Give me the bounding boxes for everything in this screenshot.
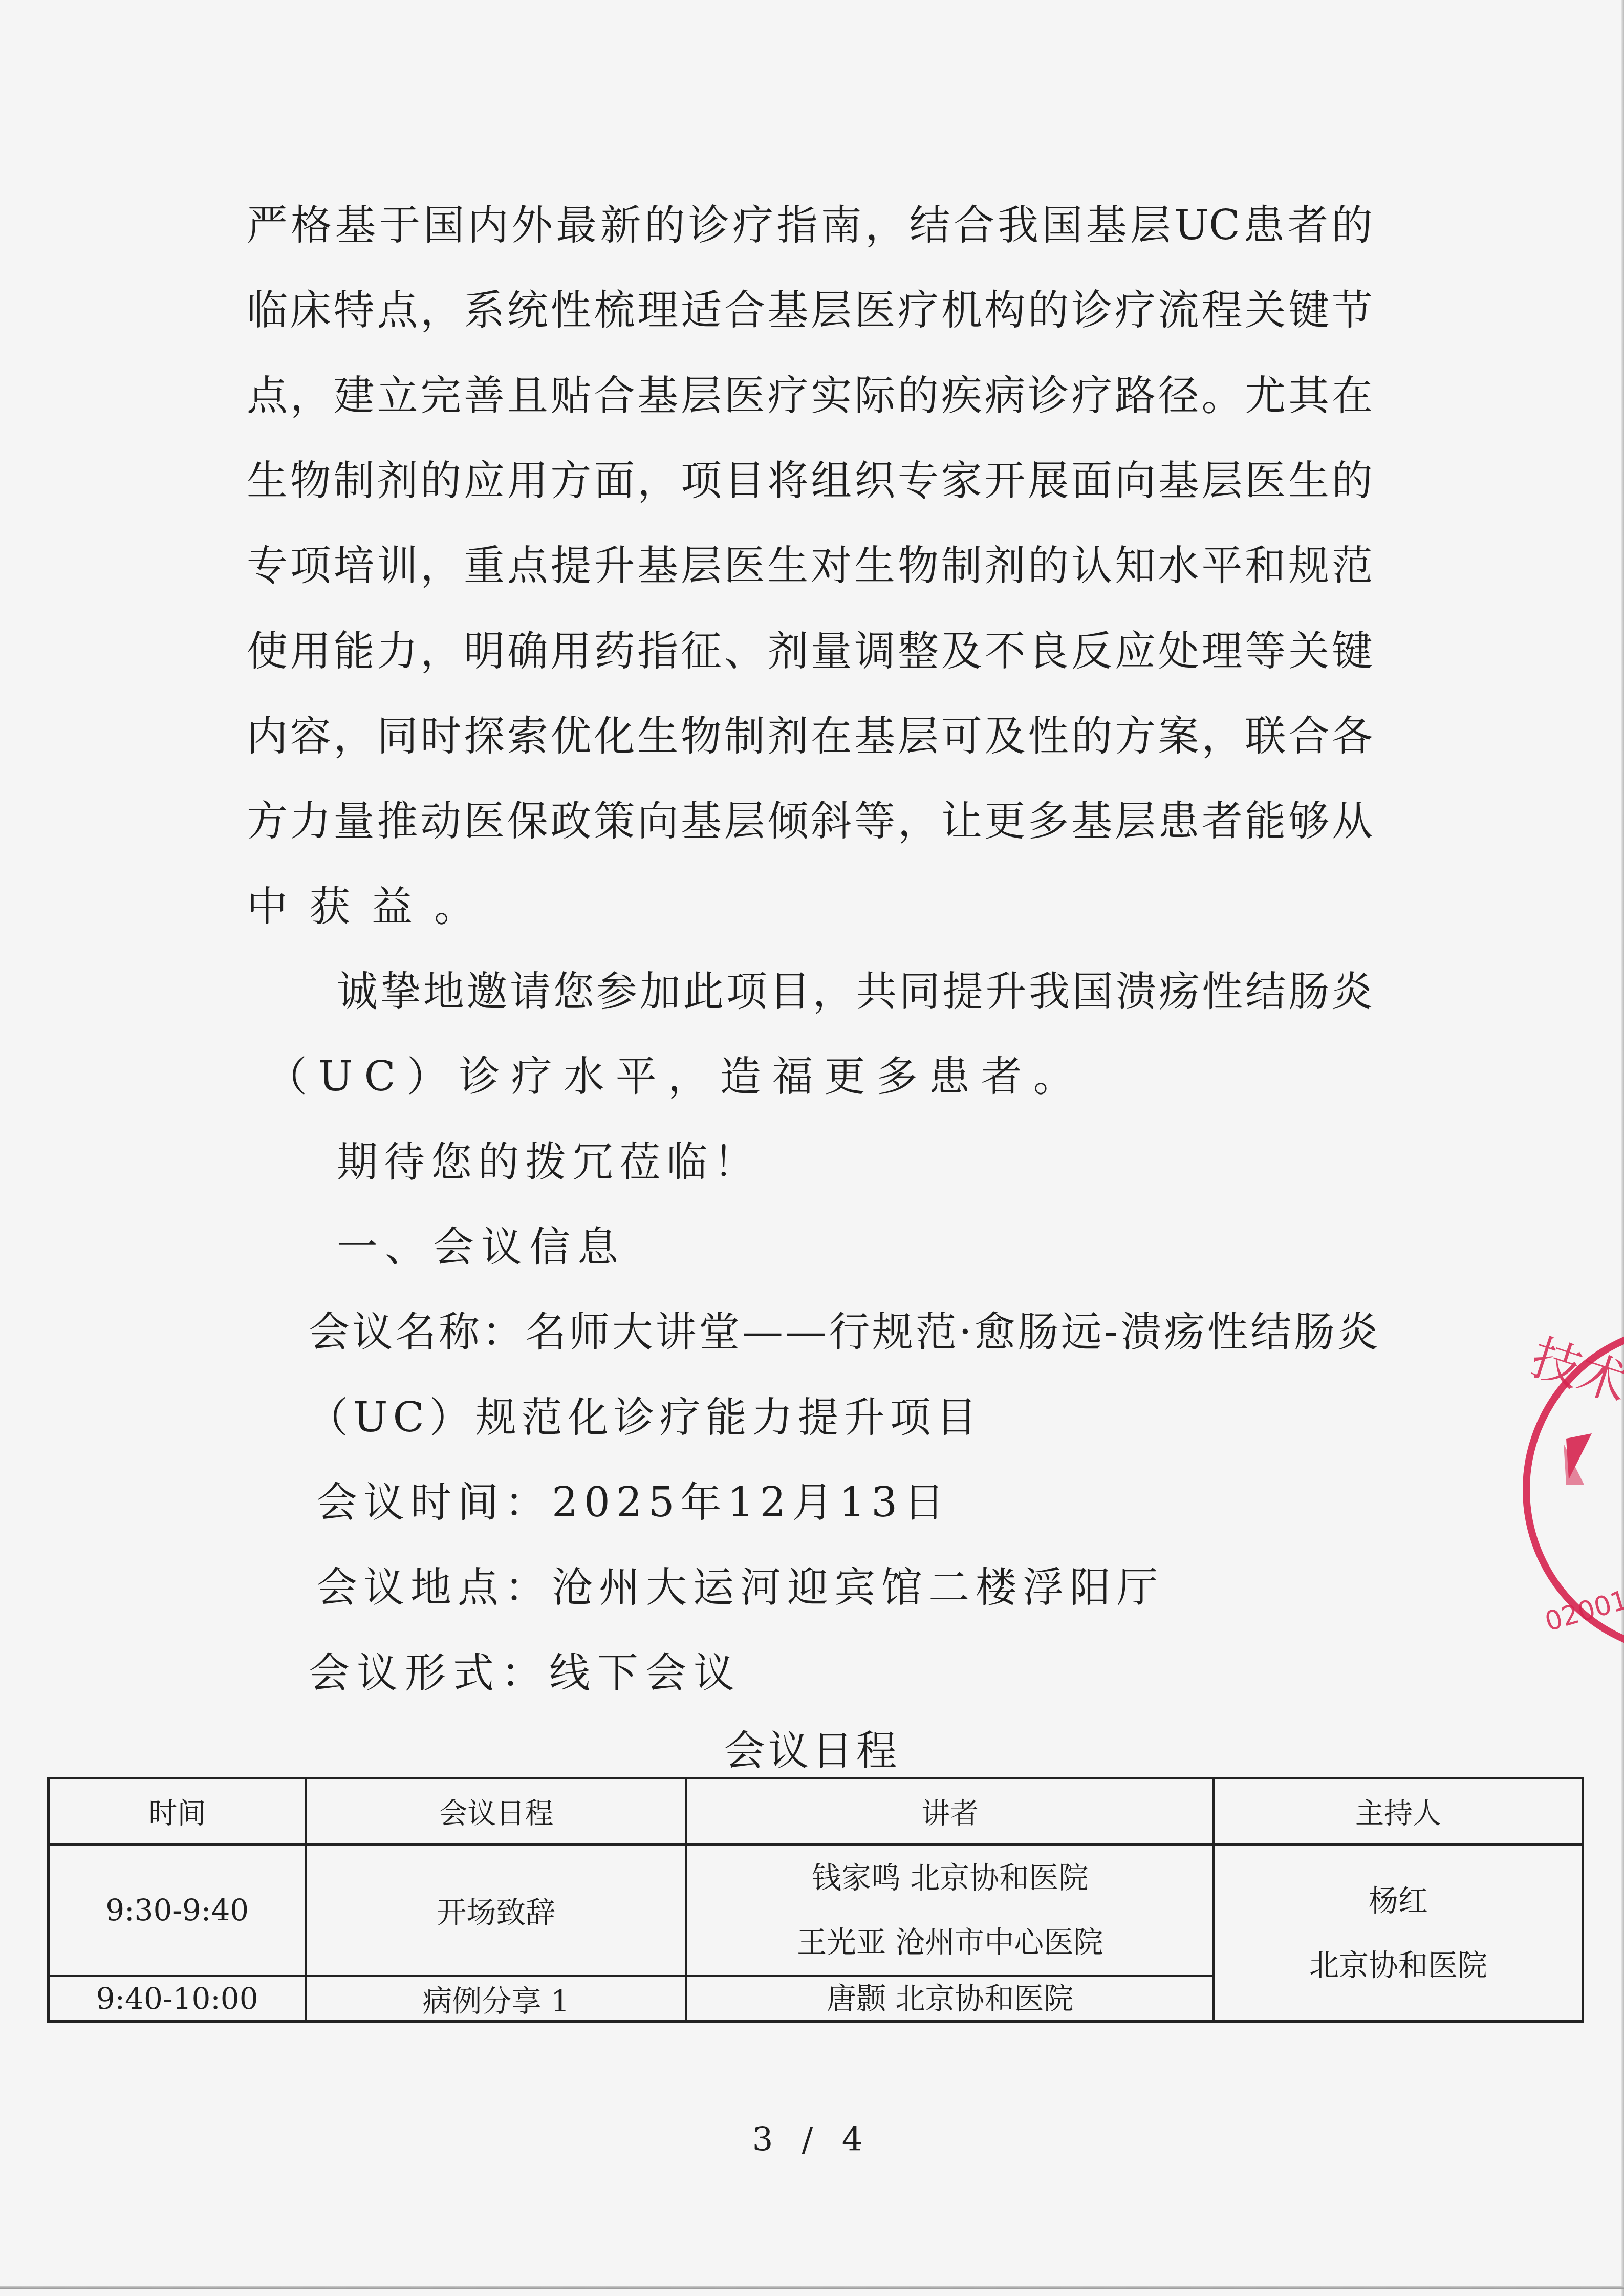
- meeting-name-line-2: （UC）规范化诊疗能力提升项目: [307, 1389, 982, 1446]
- meeting-location: 会议地点：沧州大运河迎宾馆二楼浮阳厅: [316, 1559, 1164, 1616]
- paragraph-line: （UC）诊疗水平，造福更多患者。: [266, 1048, 1086, 1105]
- meeting-name-line-1: 会议名称：名师大讲堂——行规范·愈肠远-溃疡性结肠炎: [309, 1304, 1378, 1360]
- schedule-table: 时间 会议日程 讲者 主持人 9:30-9:40 开场致辞 钱家鸣 北京协和医院…: [47, 1777, 1584, 2023]
- page-edge-bottom: [0, 2286, 1624, 2289]
- host-name: 杨红: [1215, 1869, 1582, 1933]
- paragraph-line: 使用能力，明确用药指征、剂量调整及不良反应处理等关键: [247, 623, 1373, 679]
- cell-speakers: 唐颢 北京协和医院: [686, 1976, 1214, 2022]
- header-host: 主持人: [1214, 1778, 1583, 1844]
- paragraph-line: 点，建立完善且贴合基层医疗实际的疾病诊疗路径。尤其在: [247, 368, 1373, 424]
- host-affiliation: 北京协和医院: [1215, 1933, 1582, 1998]
- paragraph-line: 诚挚地邀请您参加此项目，共同提升我国溃疡性结肠炎: [337, 963, 1373, 1020]
- table-row: 9:30-9:40 开场致辞 钱家鸣 北京协和医院 王光亚 沧州市中心医院 杨红…: [49, 1844, 1583, 1976]
- header-speaker: 讲者: [686, 1778, 1214, 1844]
- page-edge-right: [1621, 0, 1624, 2296]
- paragraph-line: 中获益。: [247, 878, 496, 935]
- cell-time: 9:40-10:00: [49, 1976, 306, 2022]
- meeting-format: 会议形式：线下会议: [309, 1645, 742, 1701]
- closing-line: 期待您的拨冗莅临！: [337, 1134, 761, 1190]
- header-agenda: 会议日程: [306, 1778, 686, 1844]
- paragraph-line: 方力量推动医保政策向基层倾斜等，让更多基层患者能够从: [247, 793, 1373, 849]
- cell-speakers: 钱家鸣 北京协和医院 王光亚 沧州市中心医院: [686, 1844, 1214, 1976]
- table-header-row: 时间 会议日程 讲者 主持人: [49, 1778, 1583, 1844]
- section-heading: 一、会议信息: [337, 1219, 625, 1275]
- cell-host: 杨红 北京协和医院: [1214, 1844, 1583, 2022]
- cell-agenda: 病例分享 1: [306, 1976, 686, 2022]
- schedule-title: 会议日程: [0, 1725, 1624, 1776]
- speaker-entry: 王光亚 沧州市中心医院: [687, 1910, 1212, 1975]
- cell-time: 9:30-9:40: [49, 1844, 306, 1976]
- speaker-entry: 钱家鸣 北京协和医院: [687, 1846, 1212, 1910]
- paragraph-line: 专项培训，重点提升基层医生对生物制剂的认知水平和规范: [247, 538, 1373, 594]
- page-number: 3 / 4: [0, 2119, 1624, 2160]
- paragraph-line: 临床特点，系统性梳理适合基层医疗机构的诊疗流程关键节: [247, 282, 1373, 338]
- header-time: 时间: [49, 1778, 306, 1844]
- speaker-entry: 唐颢 北京协和医院: [687, 1978, 1212, 2019]
- official-seal-stamp: 技术促进 0200128: [1515, 1316, 1624, 1664]
- paragraph-line: 内容，同时探索优化生物制剂在基层可及性的方案，联合各: [247, 708, 1373, 764]
- meeting-time: 会议时间：2025年12月13日: [316, 1474, 950, 1531]
- paragraph-line: 严格基于国内外最新的诊疗指南，结合我国基层UC患者的: [247, 197, 1373, 253]
- cell-agenda: 开场致辞: [306, 1844, 686, 1976]
- paragraph-line: 生物制剂的应用方面，项目将组织专家开展面向基层医生的: [247, 453, 1373, 509]
